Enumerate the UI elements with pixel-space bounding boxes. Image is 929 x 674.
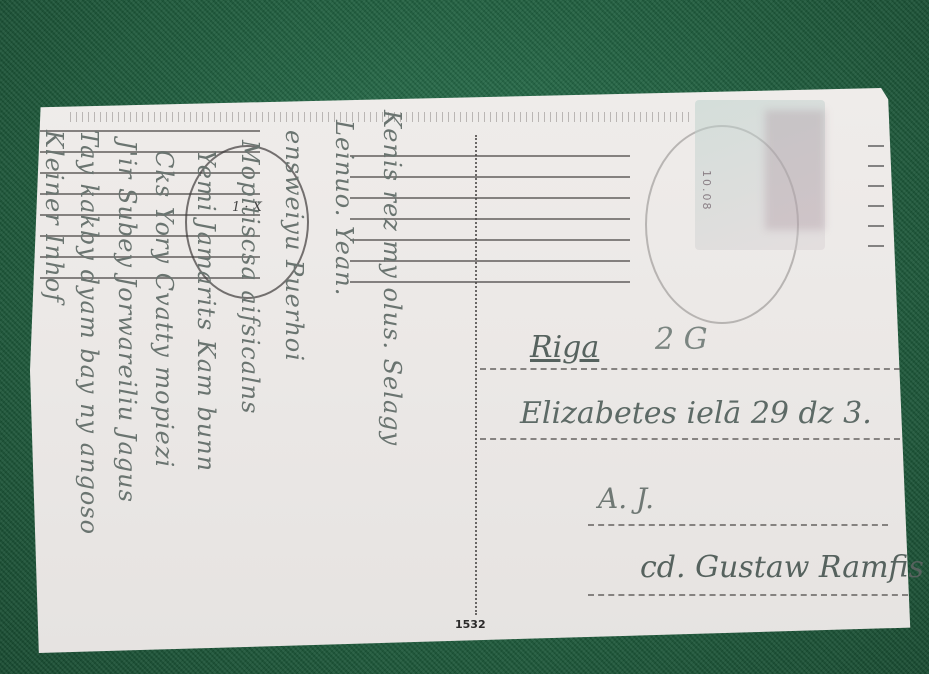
message-line-7: ensweiyu Puerhoi (280, 130, 308, 362)
address-line-3 (588, 524, 888, 526)
address-line-4 (588, 594, 908, 596)
message-line-4: Cks Yory Cvatty mopiezi (150, 150, 178, 468)
address-city: Riga (530, 330, 599, 365)
address-street: Elizabetes ielā 29 dz 3. (520, 396, 872, 431)
address-recipient: cd. Gustaw Ramfis (640, 550, 924, 585)
address-line-2 (480, 438, 900, 440)
message-line-3: J'ir Subey Jorwareiliu Jagus (113, 140, 141, 503)
print-number: 1532 (455, 618, 486, 631)
address-line-1 (480, 368, 900, 370)
message-line-2: Tay kakby dyam bay ny angoso (75, 130, 103, 535)
stamp-cancel-smudge (765, 110, 825, 230)
message-line-8: Leinuo. Yean. (330, 120, 358, 296)
center-divider (475, 135, 477, 615)
message-line-6: Mopitiscsa aifsicalns (236, 140, 264, 414)
message-line-5: Yemi Jamarits Kam bunn (192, 150, 220, 472)
right-edge-ticks (868, 145, 884, 265)
message-line-1: Kleiner Inhof (40, 130, 68, 303)
stamp-cancel-text: 10.08 (700, 170, 713, 212)
address-initials: A. J. (598, 482, 654, 515)
address-room-note: 2 G (655, 322, 708, 357)
message-line-9: Kenis rez my olus. Selagy (378, 110, 406, 446)
